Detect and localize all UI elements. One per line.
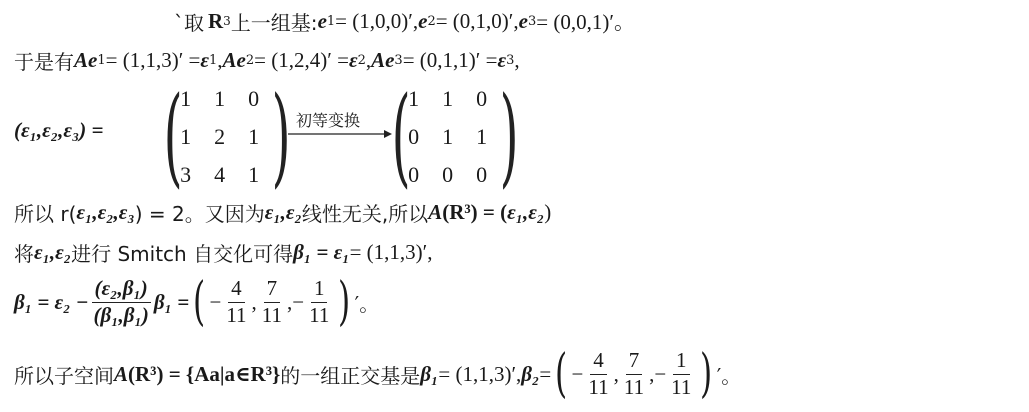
fraction: 111 xyxy=(668,349,694,398)
subscript: 1 xyxy=(327,14,335,29)
line-rank: 所以 r( ε₁,ε₂,ε₃ ) = 2。又因为 ε₁,ε₂ 线性无关,所以 A… xyxy=(14,198,551,227)
left-paren: ( xyxy=(555,348,567,400)
image-expr: (R³) = ( xyxy=(442,200,507,225)
epsilon-pair: ε₁,ε₂ xyxy=(507,200,544,225)
expr-ae2: Ae xyxy=(223,48,246,73)
line-beta-formula: β₁ = ε₂ − (ε₂,β₁) (β₁,β₁) β₁ = ( − 411 ,… xyxy=(14,272,379,332)
sign: − xyxy=(292,290,304,315)
expr-ae3: Ae xyxy=(371,48,394,73)
operator-a: A xyxy=(114,362,128,387)
subscript: 3 xyxy=(528,14,536,29)
vector-e3: e xyxy=(519,9,528,34)
matrix-cell: 1 xyxy=(442,80,476,118)
denominator: 11 xyxy=(621,375,647,399)
subspace-expr: (R³) = {Aa|a∈R³} xyxy=(128,361,280,387)
line-orthogonalization: 将 ε₁,ε₂ 进行 Smitch 自交化可得 β₁ = ε₁ = (1,1,3… xyxy=(14,238,433,267)
comma: , xyxy=(614,362,619,387)
numerator: 1 xyxy=(673,349,690,374)
matrix-cell: 2 xyxy=(214,118,248,156)
arrow-right-icon xyxy=(288,128,392,140)
matrix-reduced: ( 1 1 0 0 1 1 0 0 0 ) xyxy=(380,80,530,194)
beta-1: β₁ = ε₁ xyxy=(293,240,349,265)
matrix-cell: 1 xyxy=(180,118,214,156)
denominator: 11 xyxy=(223,303,249,327)
matrix-cell: 1 xyxy=(442,118,476,156)
left-paren: ( xyxy=(392,83,411,191)
matrix-lhs: (ε₁,ε₂,ε₃) = xyxy=(14,118,104,143)
text: 所以子空间 xyxy=(14,360,114,389)
line-conclusion: 所以子空间 A (R³) = {Aa|a∈R³} 的一组正交基是 β₁ = (1… xyxy=(14,344,741,404)
value: = (1,1,3)′, xyxy=(350,240,433,265)
text: 上一组基: xyxy=(231,7,318,36)
denominator: (β₁,β₁) xyxy=(90,303,151,327)
text: 线性无关,所以 xyxy=(302,198,428,227)
epsilon-pair: ε₁,ε₂ xyxy=(265,200,302,225)
subscript: 1 xyxy=(97,53,105,68)
numerator: (ε₂,β₁) xyxy=(92,277,151,302)
epsilon-3: ε xyxy=(497,48,506,73)
epsilon-2: ε xyxy=(349,48,358,73)
text: 的一组正交基是 xyxy=(280,360,420,389)
left-paren: ( xyxy=(164,83,183,191)
matrix-original: ( 1 1 0 1 2 1 3 4 1 ) xyxy=(152,80,302,194)
text: `取 xyxy=(174,7,204,36)
vector-e1: e xyxy=(318,9,327,34)
denominator: 11 xyxy=(668,375,694,399)
separator: , xyxy=(514,48,519,73)
value: = (1,1,3)′, xyxy=(438,362,521,387)
projection-fraction: (ε₂,β₁) (β₁,β₁) xyxy=(90,277,151,326)
beta-2: β₂ xyxy=(521,362,539,387)
beta-1: β₁ xyxy=(420,362,438,387)
right-paren: ) xyxy=(500,83,519,191)
matrix-cell: 3 xyxy=(180,156,214,194)
superscript: 3 xyxy=(223,14,231,28)
text: ′。 xyxy=(717,360,742,389)
value: = (0,0,1)′。 xyxy=(536,6,635,36)
fraction: 411 xyxy=(223,277,249,326)
sign: − xyxy=(572,362,584,387)
subscript: 3 xyxy=(394,53,402,68)
fraction: 411 xyxy=(585,349,611,398)
denominator: 11 xyxy=(259,303,285,327)
text: 将 xyxy=(14,238,34,267)
epsilon-1: ε xyxy=(200,48,209,73)
matrix-cell: 0 xyxy=(408,156,442,194)
expr-ae1: Ae xyxy=(74,48,97,73)
right-paren: ) xyxy=(338,276,350,328)
text: 进行 Smitch 自交化可得 xyxy=(71,238,293,267)
matrix-cell: 1 xyxy=(408,80,442,118)
matrix-cell: 1 xyxy=(180,80,214,118)
subscript: 2 xyxy=(427,14,435,29)
epsilon-tuple: (ε₁,ε₂,ε₃) = xyxy=(14,118,104,143)
epsilon-pair: ε₁,ε₂ xyxy=(34,240,71,265)
beta-lhs: β₁ = ε₂ − xyxy=(14,290,88,315)
fraction: 711 xyxy=(621,349,647,398)
equals: = xyxy=(539,362,551,387)
right-paren: ) xyxy=(700,348,712,400)
line-basis-definition: `取 R3 上一组基: e1 = (1,0,0)′, e2 = (0,1,0)′… xyxy=(174,6,635,36)
text: ) xyxy=(544,200,551,225)
numerator: 7 xyxy=(264,277,281,302)
fraction: 711 xyxy=(259,277,285,326)
denominator: 11 xyxy=(306,303,332,327)
operator-a: A xyxy=(428,200,442,225)
comma: , xyxy=(252,290,257,315)
text: 于是有 xyxy=(14,46,74,75)
matrix-cell: 0 xyxy=(408,118,442,156)
denominator: 11 xyxy=(585,375,611,399)
numerator: 4 xyxy=(590,349,607,374)
matrix-cell: 1 xyxy=(214,80,248,118)
beta-expr: β₁ = xyxy=(154,290,189,315)
subscript: 1 xyxy=(209,53,217,68)
vector-e2: e xyxy=(418,9,427,34)
subscript: 2 xyxy=(246,53,254,68)
text: 所以 r( xyxy=(14,198,76,227)
subscript: 3 xyxy=(506,53,514,68)
text: ′。 xyxy=(355,288,380,317)
numerator: 1 xyxy=(311,277,328,302)
numerator: 4 xyxy=(228,277,245,302)
left-paren: ( xyxy=(193,276,205,328)
matrix-cell: 0 xyxy=(442,156,476,194)
text: ) = 2。又因为 xyxy=(135,198,265,227)
value: = (1,0,0)′, xyxy=(335,9,418,34)
value: = (1,1,3)′ = xyxy=(106,48,201,73)
value: = (0,1,1)′ = xyxy=(403,48,498,73)
sign: − xyxy=(209,290,221,315)
matrix-cell: 4 xyxy=(214,156,248,194)
numerator: 7 xyxy=(626,349,643,374)
fraction: 111 xyxy=(306,277,332,326)
value: = (0,1,0)′, xyxy=(436,9,519,34)
line-transformation: 于是有 Ae1 = (1,1,3)′ = ε1 , Ae2 = (1,2,4)′… xyxy=(14,46,520,75)
subscript: 2 xyxy=(358,53,366,68)
epsilon-args: ε₁,ε₂,ε₃ xyxy=(76,200,134,225)
r-symbol: R xyxy=(208,9,223,34)
value: = (1,2,4)′ = xyxy=(254,48,349,73)
sign: − xyxy=(654,362,666,387)
